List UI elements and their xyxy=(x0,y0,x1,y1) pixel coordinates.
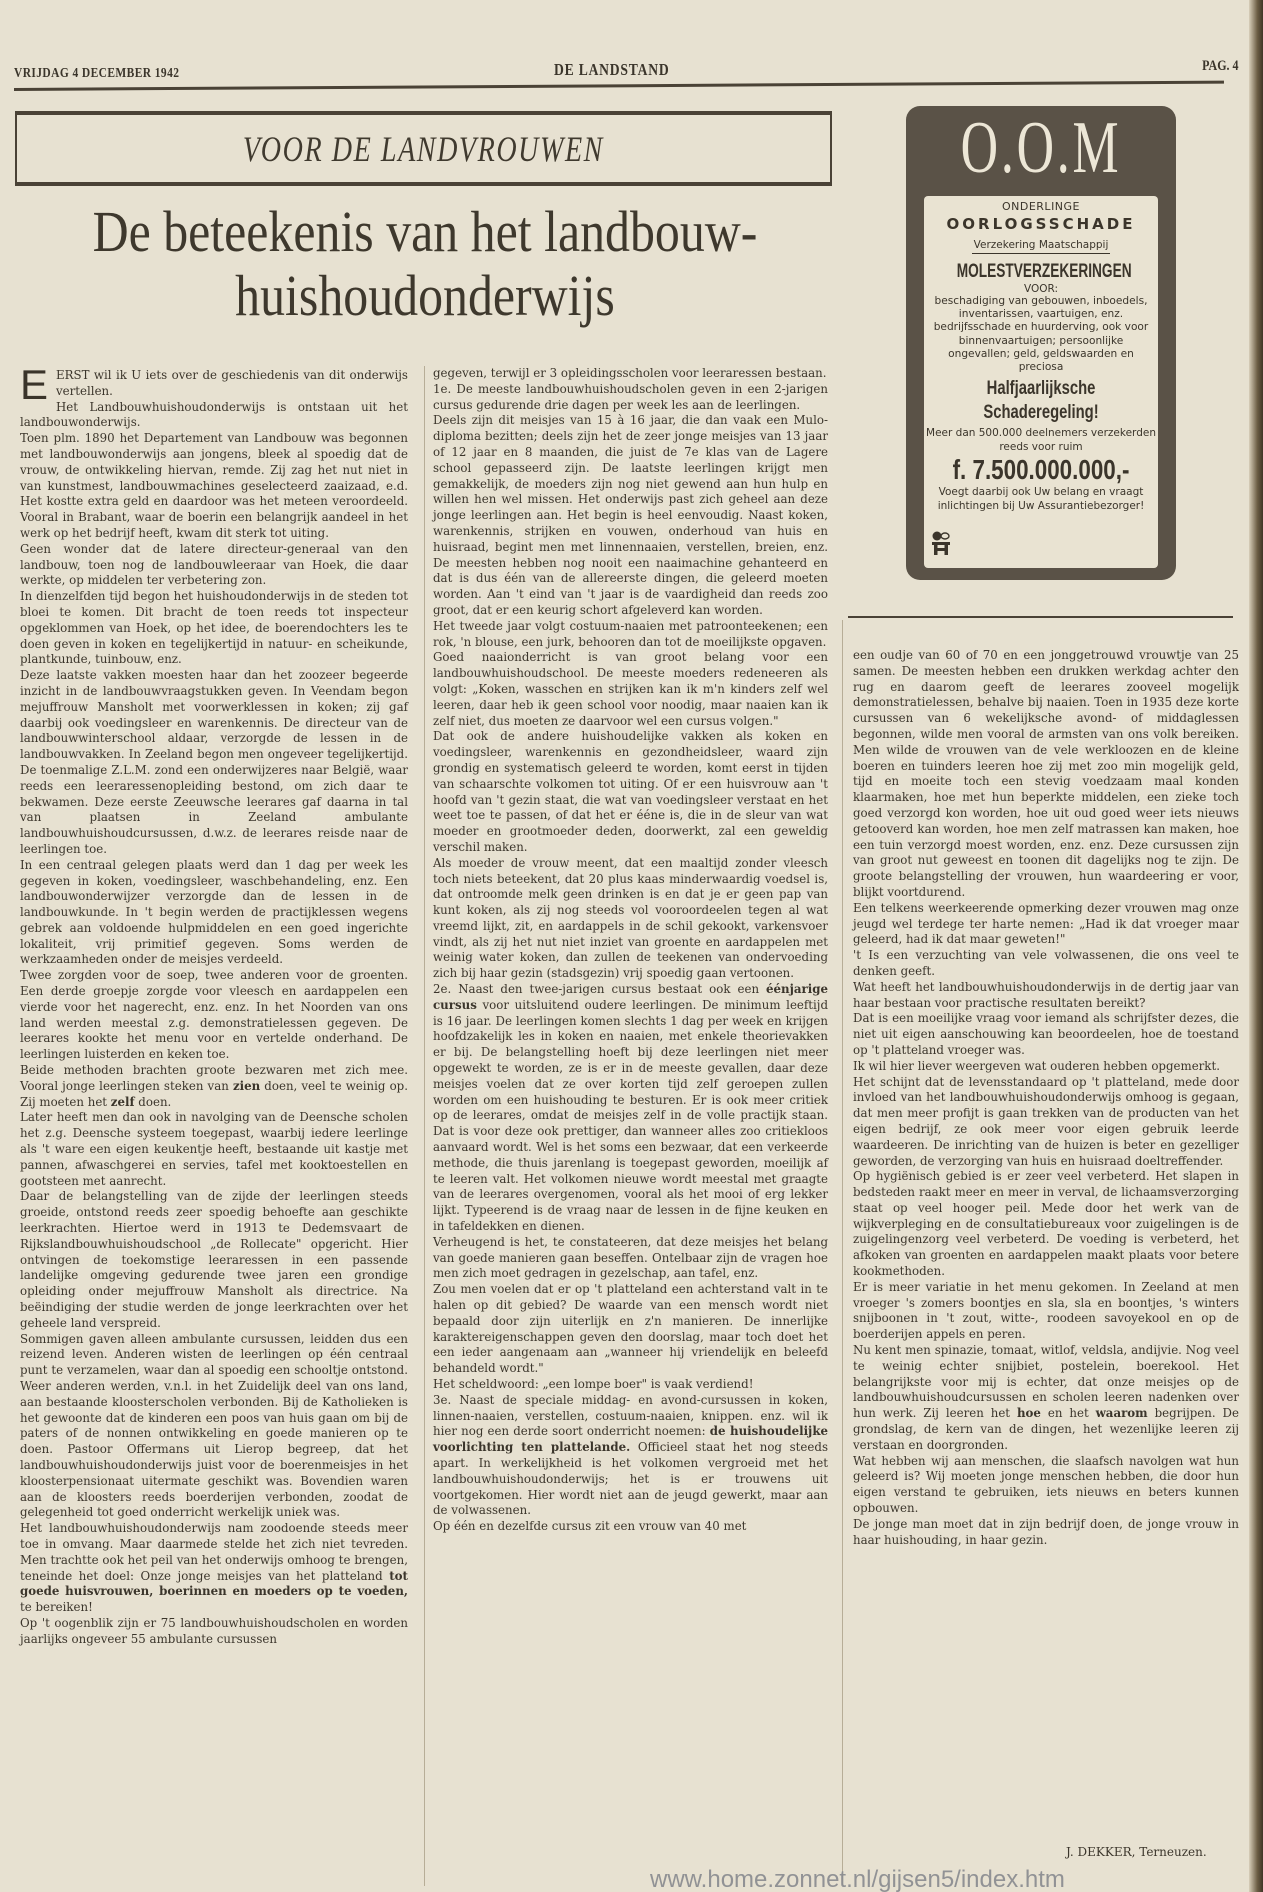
article-paragraph: Ik wil hier liever weergeven wat ouderen… xyxy=(853,1059,1239,1075)
article-paragraph: Wat heeft het landbouwhuishoudonderwijs … xyxy=(853,980,1239,1012)
ad-body: ONDERLINGE OORLOGSSCHADE Verzekering Maa… xyxy=(924,196,1158,568)
article-paragraph: Het tweede jaar volgt costuum-naaien met… xyxy=(433,619,828,651)
oom-logo: O.O.M xyxy=(947,108,1136,188)
article-paragraph: Beide methoden brachten groote bezwaren … xyxy=(20,1063,408,1110)
mascot-icon xyxy=(930,530,952,556)
emphasis: tot goede huisvrouwen, boerinnen en moed… xyxy=(20,1569,408,1599)
section-heading-box: VOOR DE LANDVROUWEN xyxy=(15,111,832,186)
article-column-2: gegeven, terwijl er 3 opleidingsscholen … xyxy=(433,366,828,1535)
article-headline: De beteekenis van het landbouw- huishoud… xyxy=(10,200,840,328)
article-paragraph: De jonge man moet dat in zijn bedrijf do… xyxy=(853,1517,1239,1549)
article-paragraph: Op hygiënisch gebied is er zeer veel ver… xyxy=(853,1169,1239,1280)
article-paragraph: Er is meer variatie in het menu gekomen.… xyxy=(853,1280,1239,1343)
article-paragraph: 3e. Naast de speciale middag- en avond-c… xyxy=(433,1393,828,1519)
headline-line-1: De beteekenis van het landbouw- xyxy=(68,200,782,264)
ad-stats: Meer dan 500.000 deelnemers verzekerden … xyxy=(924,427,1158,454)
emphasis: hoe xyxy=(1017,1406,1041,1420)
article-paragraph: Sommigen gaven alleen ambulante cursusse… xyxy=(20,1332,408,1522)
article-paragraph: Dat ook de andere huishoudelijke vakken … xyxy=(433,729,828,855)
article-paragraph: Het scheldwoord: „een lompe boer" is vaa… xyxy=(433,1377,828,1393)
article-column-3: een oudje van 60 of 70 en een jonggetrou… xyxy=(853,648,1239,1548)
article-paragraph: Goed naaionderricht is van groot belang … xyxy=(433,650,828,729)
oom-advertisement: O.O.M ONDERLINGE OORLOGSSCHADE Verzekeri… xyxy=(906,106,1176,580)
article-paragraph: Later heeft men dan ook in navolging van… xyxy=(20,1110,408,1189)
article-paragraph: Geen wonder dat de latere directeur-gene… xyxy=(20,542,408,589)
article-paragraph: een oudje van 60 of 70 en een jonggetrou… xyxy=(853,648,1239,901)
article-paragraph: Deze laatste vakken moesten haar dan het… xyxy=(20,668,408,858)
emphasis: zien xyxy=(233,1079,260,1093)
ad-org-line-1: ONDERLINGE xyxy=(924,200,1158,213)
article-paragraph: Daar de belangstelling van de zijde der … xyxy=(20,1189,408,1331)
ad-voor: VOOR: xyxy=(924,283,1158,295)
ad-promo: Halfjaarlijksche Schaderegeling! xyxy=(950,377,1133,425)
article-paragraph: Als moeder de vrouw meent, dat een maalt… xyxy=(433,856,828,982)
article-paragraph: Zou men voelen dat er op 't platteland e… xyxy=(433,1282,828,1377)
article-paragraph: 2e. Naast den twee-jarigen cursus bestaa… xyxy=(433,982,828,1235)
article-paragraph: In dienzelfden tijd begon het huishoudon… xyxy=(20,589,408,668)
emphasis: de huishoudelijke voorlichting ten platt… xyxy=(433,1424,828,1454)
ad-amount: f. 7.500.000.000,- xyxy=(947,454,1134,486)
page-edge xyxy=(1249,0,1263,1892)
article-paragraph: 1e. De meeste landbouwhuishoudscholen ge… xyxy=(433,382,828,414)
article-paragraph: gegeven, terwijl er 3 opleidingsscholen … xyxy=(433,366,828,382)
drop-cap: E xyxy=(20,368,48,402)
column-divider xyxy=(842,620,843,1885)
article-column-1: E ERST wil ik U iets over de geschiedeni… xyxy=(20,368,408,1648)
ad-title: MOLESTVERZEKERINGEN xyxy=(957,261,1125,283)
article-paragraph: 't Is een verzuchting van vele volwassen… xyxy=(853,948,1239,980)
newspaper-title: DE LANDSTAND xyxy=(554,60,670,80)
headline-line-2: huishoudonderwijs xyxy=(68,264,782,328)
article-paragraph: Op één en dezelfde cursus zit een vrouw … xyxy=(433,1519,828,1535)
article-paragraph: Toen plm. 1890 het Departement van Landb… xyxy=(20,431,408,542)
article-paragraph: ERST wil ik U iets over de geschiedenis … xyxy=(20,368,408,400)
emphasis: waarom xyxy=(1096,1406,1148,1420)
ad-call-to-action: Voegt daarbij ook Uw belang en vraagt in… xyxy=(924,486,1158,513)
article-paragraph: Het schijnt dat de levensstandaard op 't… xyxy=(853,1075,1239,1170)
page-number: PAG. 4 xyxy=(1203,58,1239,75)
column-divider xyxy=(424,366,425,1886)
column-3-top-rule xyxy=(848,616,1233,618)
article-paragraph: Verheugend is het, te constateeren, dat … xyxy=(433,1235,828,1282)
article-paragraph: Op 't oogenblik zijn er 75 landbouwhuish… xyxy=(20,1616,408,1648)
article-paragraph: Dat is een moeilijke vraag voor iemand a… xyxy=(853,1011,1239,1058)
source-watermark: www.home.zonnet.nl/gijsen5/index.htm xyxy=(650,1866,1065,1892)
article-paragraph: Nu kent men spinazie, tomaat, witlof, ve… xyxy=(853,1343,1239,1454)
article-paragraph: Wat hebben wij aan menschen, die slaafsc… xyxy=(853,1454,1239,1517)
emphasis: éénjarige cursus xyxy=(433,982,828,1012)
author-signature: J. DEKKER, Terneuzen. xyxy=(1066,1845,1207,1859)
article-paragraph: Twee zorgden voor de soep, twee anderen … xyxy=(20,968,408,1063)
article-paragraph: In een centraal gelegen plaats werd dan … xyxy=(20,858,408,969)
section-heading: VOOR DE LANDVROUWEN xyxy=(243,128,604,170)
ad-coverage-list: beschadiging van gebouwen, inboedels, in… xyxy=(924,295,1158,374)
emphasis: zelf xyxy=(111,1095,135,1109)
article-paragraph: Het landbouwhuishoudonderwijs nam zoodoe… xyxy=(20,1521,408,1616)
article-paragraph: Deels zijn dit meisjes van 15 à 16 jaar,… xyxy=(433,413,828,618)
ad-org-line-3: Verzekering Maatschappij xyxy=(972,239,1111,254)
article-paragraph: Een telkens weerkeerende opmerking dezer… xyxy=(853,901,1239,948)
ad-org-line-2: OORLOGSSCHADE xyxy=(924,215,1158,233)
article-paragraph: Het Landbouwhuishoudonderwijs is ontstaa… xyxy=(20,400,408,432)
issue-date: VRIJDAG 4 DECEMBER 1942 xyxy=(14,66,179,82)
